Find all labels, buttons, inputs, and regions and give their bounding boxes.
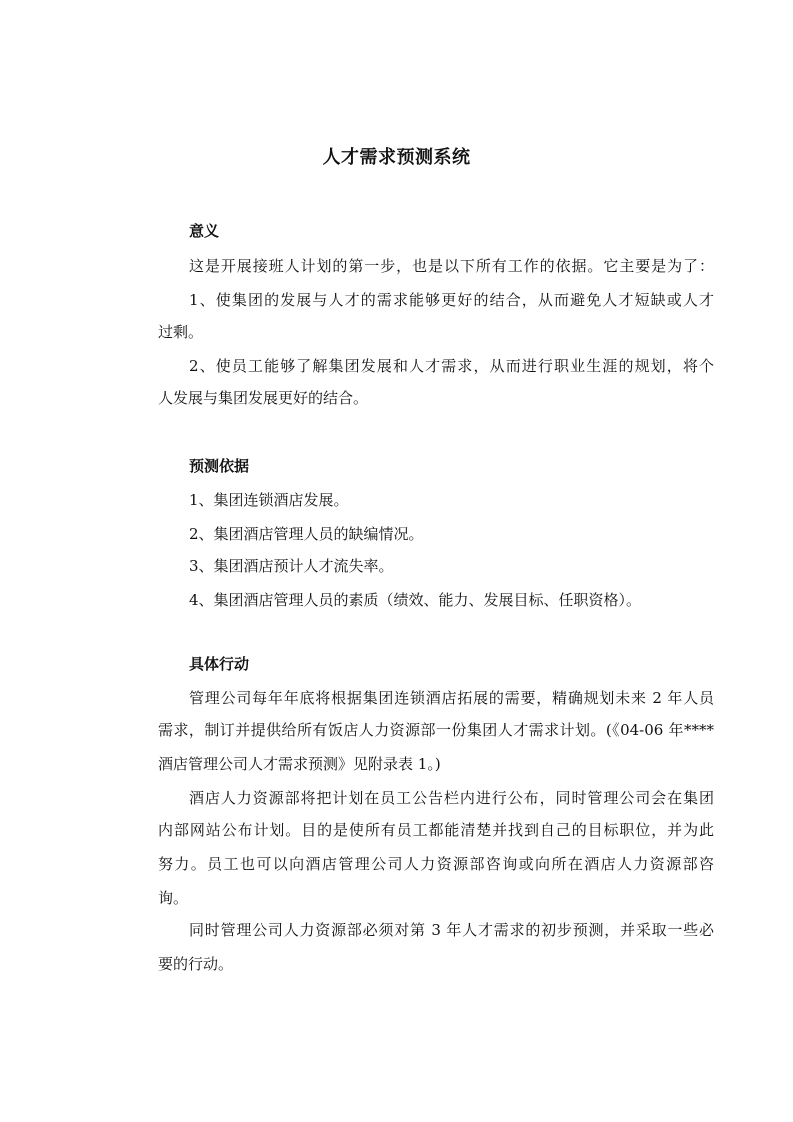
paragraph-line: 努力。员工也可以向酒店管理公司人力资源部咨询或向所在酒店人力资源部咨 [158, 854, 714, 874]
paragraph-line: 需求，制订并提供给所有饭店人力资源部一份集团人才需求计划。(《04-06 年**… [158, 720, 714, 740]
list-item: 2、集团酒店管理人员的缺编情况。 [189, 524, 714, 544]
paragraph-line: 要的行动。 [158, 954, 714, 974]
paragraph-line: 酒店人力资源部将把计划在员工公告栏内进行公布，同时管理公司会在集团 [189, 788, 714, 808]
paragraph-line: 酒店管理公司人才需求预测》见附录表 1。) [158, 754, 714, 774]
paragraph-line: 内部网站公布计划。目的是使所有员工都能清楚并找到自己的目标职位，并为此 [158, 820, 714, 840]
section-heading-significance: 意义 [189, 221, 714, 241]
paragraph-line: 管理公司每年年底将根据集团连锁酒店拓展的需要，精确规划未来 2 年人员 [189, 688, 714, 708]
paragraph-line: 同时管理公司人力资源部必须对第 3 年人才需求的初步预测，并采取一些必 [189, 920, 714, 940]
document-page: 人才需求预测系统 意义 这是开展接班人计划的第一步，也是以下所有工作的依据。它主… [0, 0, 793, 1122]
section-heading-forecast-basis: 预测依据 [189, 456, 714, 476]
paragraph-line: 过剩。 [158, 322, 714, 342]
paragraph-line: 人发展与集团发展更好的结合。 [158, 388, 714, 408]
list-item: 1、集团连锁酒店发展。 [189, 490, 714, 510]
list-item: 4、集团酒店管理人员的素质（绩效、能力、发展目标、任职资格）。 [189, 590, 714, 610]
paragraph-line: 这是开展接班人计划的第一步，也是以下所有工作的依据。它主要是为了： [189, 256, 714, 276]
paragraph-line: 2、使员工能够了解集团发展和人才需求，从而进行职业生涯的规划，将个 [189, 356, 714, 376]
section-heading-specific-actions: 具体行动 [189, 654, 714, 674]
document-title: 人才需求预测系统 [0, 146, 793, 170]
list-item: 3、集团酒店预计人才流失率。 [189, 556, 714, 576]
paragraph-line: 1、使集团的发展与人才的需求能够更好的结合，从而避免人才短缺或人才 [189, 290, 714, 310]
paragraph-line: 询。 [158, 888, 714, 908]
